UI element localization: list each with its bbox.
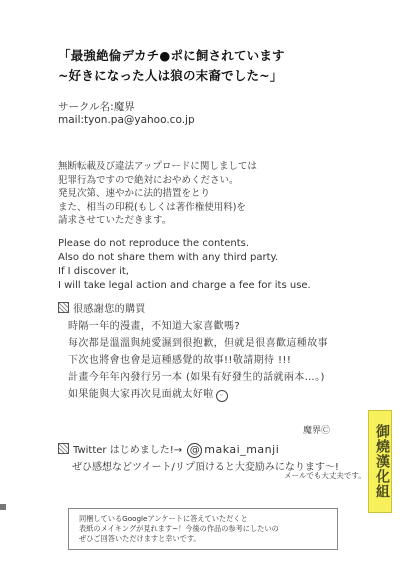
twitter-intro: Twitter はじめました!→ [73, 445, 182, 456]
book-title-line-1: 「最強絶倫デカチ●ポに飼されています [58, 46, 358, 66]
survey-line: 同梱しているGoogleアンケートに答えていただくと [79, 514, 327, 524]
translation-group-stamp: 御燒漢化組 [368, 410, 392, 513]
notice-en-line: I will take legal action and charge a fe… [58, 279, 311, 293]
notice-jp-line: 無断転載及び違法アップロードに関しましては [58, 160, 257, 174]
translator-note-line: 每次都是溫溫與純愛濕到很抱歉，但就是很喜歡這種故事 [58, 335, 328, 352]
copyright-notice-english: Please do not reproduce the contents. Al… [58, 237, 311, 293]
notice-jp-line: 請求させていただきます。 [58, 214, 257, 228]
translator-note-line: 如果能與大家再次見面就太好啦 [68, 389, 214, 400]
notice-jp-line: 犯罪行為ですので絶対におやめください。 [58, 174, 257, 188]
notice-en-line: Also do not share them with any third pa… [58, 251, 311, 265]
book-title: 「最強絶倫デカチ●ポに飼されています ~好きになった人は狼の末裔でした~」 [58, 46, 358, 86]
hatched-box-icon [58, 443, 69, 454]
circle-info: サークル名:魔界 mail:tyon.pa@yahoo.co.jp [58, 101, 195, 127]
survey-line: ぜひご回答いただけますと幸いです。 [79, 534, 327, 544]
survey-notice-box: 同梱しているGoogleアンケートに答えていただくと 表紙のメイキングが見れます… [68, 508, 338, 550]
twitter-handle[interactable]: makai_manji [204, 443, 279, 456]
circle-mail: mail:tyon.pa@yahoo.co.jp [58, 114, 195, 127]
author-signature: 魔界Ⓒ [303, 423, 330, 436]
translator-note-line: 時隔一年的漫畫，不知道大家喜歡嗎? [58, 318, 328, 335]
book-title-line-2: ~好きになった人は狼の末裔でした~」 [58, 66, 358, 86]
notice-jp-line: また、相当の印税(もしくは著作権使用料)を [58, 201, 257, 215]
notice-en-line: Please do not reproduce the contents. [58, 237, 311, 251]
circle-name: サークル名:魔界 [58, 101, 195, 114]
at-sign-icon: @ [187, 443, 202, 458]
notice-jp-line: 発見次第、速やかに法的措置をとり [58, 187, 257, 201]
notice-en-line: If I discover it, [58, 265, 311, 279]
translator-note-line: 下次也將會也會是這種感覺的故事!!敬請期待 !!! [58, 352, 328, 369]
survey-line: 表紙のメイキングが見れます~！今後の作品の参考にしたいの [79, 524, 327, 534]
translator-note: 很感謝您的購買 時隔一年的漫畫，不知道大家喜歡嗎? 每次都是溫溫與純愛濕到很抱歉… [58, 301, 328, 403]
translator-note-line: 計畫今年年內發行另一本 (如果有好發生的話就兩本…。) [58, 369, 328, 386]
hatched-box-icon [58, 302, 69, 313]
copyright-notice-japanese: 無断転載及び違法アップロードに関しましては 犯罪行為ですので絶対におやめください… [58, 160, 257, 228]
page-marker [0, 504, 6, 510]
smiley-face-icon: ᵕ [216, 390, 228, 402]
mail-note: メールでも大丈夫です。 [284, 470, 366, 481]
translator-note-heading: 很感謝您的購買 [73, 304, 146, 315]
